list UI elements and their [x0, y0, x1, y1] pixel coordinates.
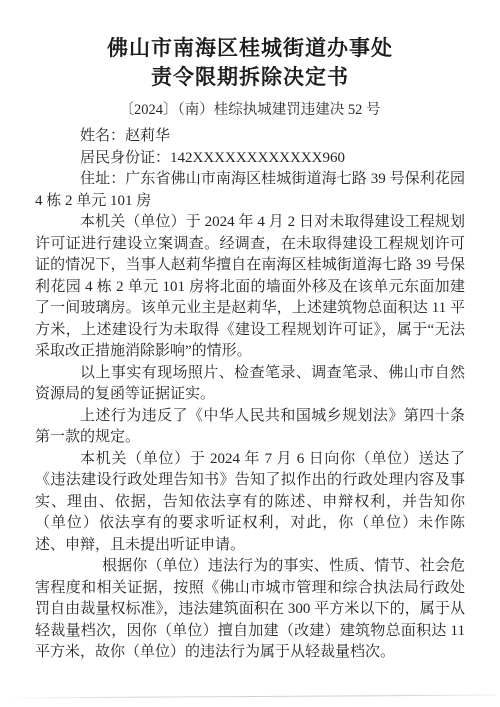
body-paragraph-law-violation: 上述行为违反了《中华人民共和国城乡规划法》第四十条第一款的规定。	[35, 406, 465, 449]
field-label-address: 住址：	[80, 171, 125, 187]
field-label-id-number: 居民身份证：	[80, 150, 170, 166]
body-paragraph-investigation: 本机关（单位）于 2024 年 4 月 2 日对未取得建设工程规划许可证进行建设…	[35, 212, 465, 363]
document-title-line-1: 佛山市南海区桂城街道办事处	[35, 34, 465, 63]
field-row-id-number: 居民身份证：142XXXXXXXXXXXX960	[35, 148, 465, 170]
field-label-name: 姓名：	[80, 128, 125, 144]
scan-edge-artifact	[10, 695, 496, 699]
field-value-name: 赵莉华	[125, 128, 170, 144]
document-content: 佛山市南海区桂城街道办事处 责令限期拆除决定书 〔2024〕（南）桂综执城建罚违…	[35, 34, 465, 664]
document-number: 〔2024〕（南）桂综执城建罚违建决 52 号	[35, 101, 465, 119]
field-row-address: 住址：广东省佛山市南海区桂城街道海七路 39 号保利花园 4 栋 2 单元 10…	[35, 169, 465, 212]
document-body: 姓名：赵莉华 居民身份证：142XXXXXXXXXXXX960 住址：广东省佛山…	[35, 126, 465, 664]
body-paragraph-penalty-level: 根据你（单位）违法行为的事实、性质、情节、社会危害程度和相关证据，按照《佛山市城…	[35, 556, 465, 664]
document-page: 佛山市南海区桂城街道办事处 责令限期拆除决定书 〔2024〕（南）桂综执城建罚违…	[0, 0, 500, 707]
document-title-line-2: 责令限期拆除决定书	[35, 63, 465, 92]
body-paragraph-evidence: 以上事实有现场照片、检查笔录、调查笔录、佛山市自然资源局的复函等证据证实。	[35, 363, 465, 406]
field-value-id-number: 142XXXXXXXXXXXX960	[170, 150, 345, 166]
field-row-name: 姓名：赵莉华	[35, 126, 465, 148]
body-paragraph-notification: 本机关（单位）于 2024 年 7 月 6 日向你（单位）送达了《违法建设行政处…	[35, 449, 465, 557]
